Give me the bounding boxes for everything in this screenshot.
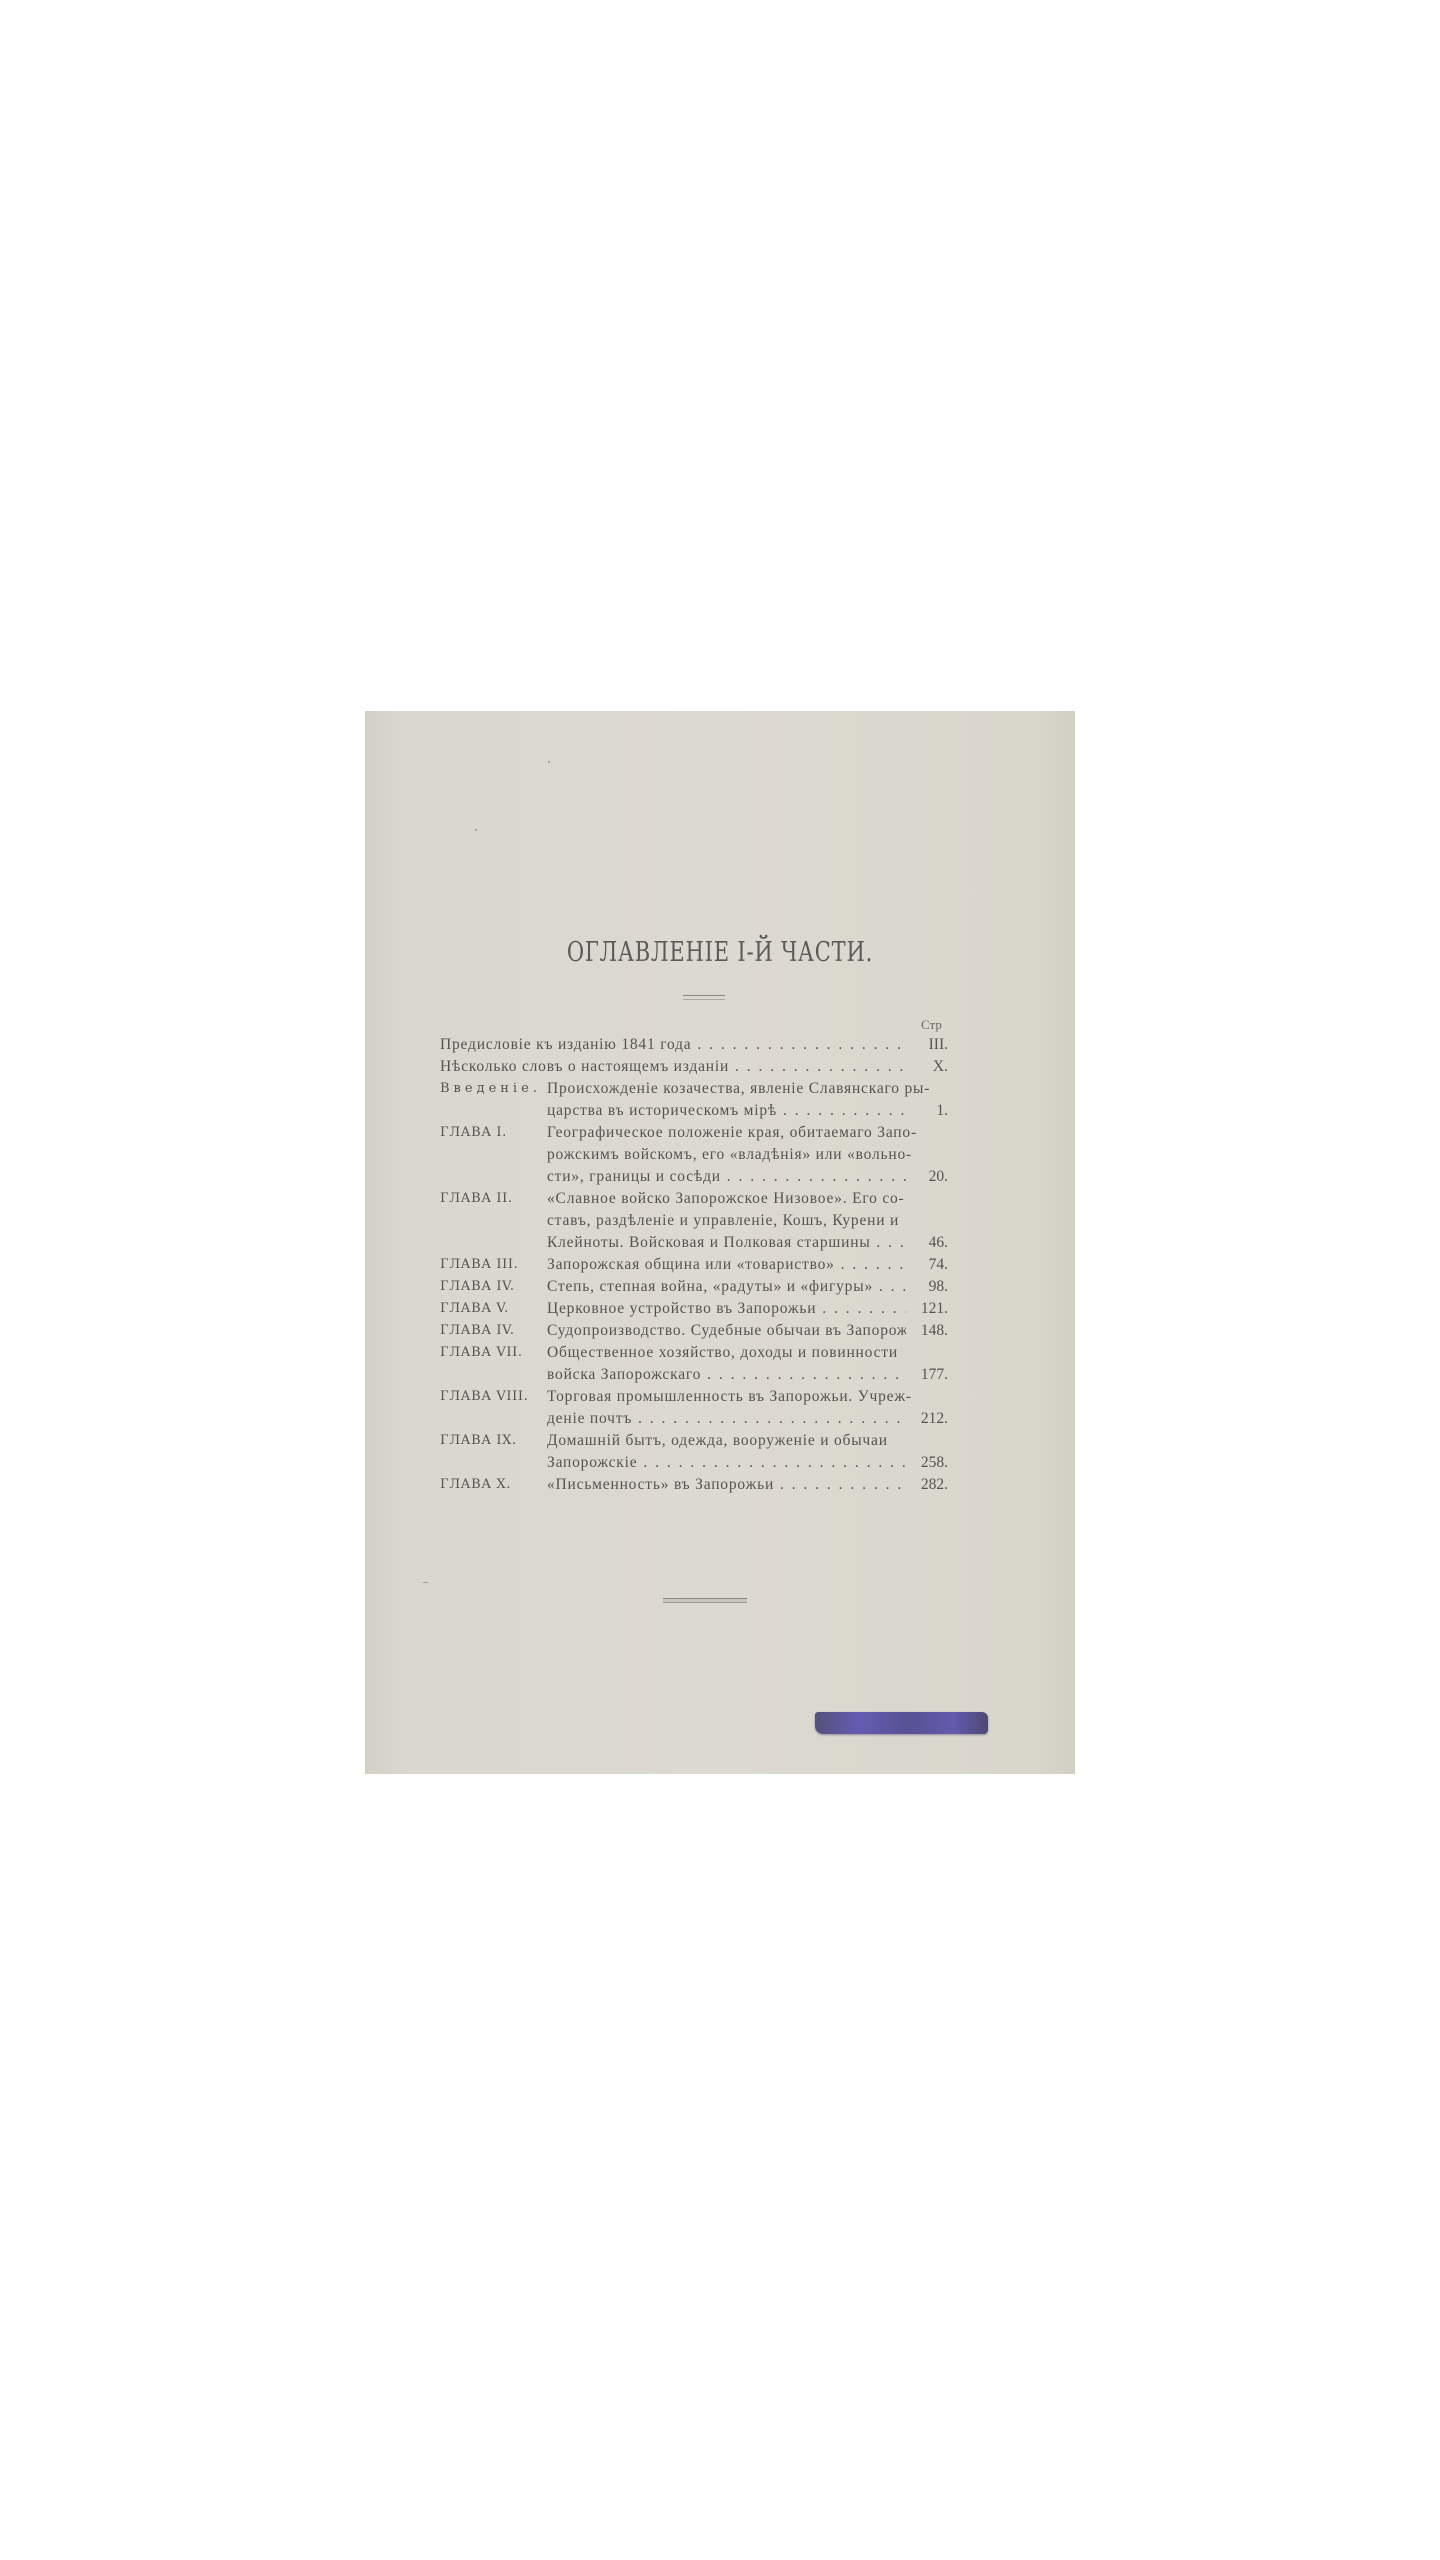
toc-line: Введеніе.Происхожденіе козачества, явлен… [440, 1078, 948, 1100]
leader-dots: . . . . . . . . . . . . . . . . . . . . … [816, 1300, 906, 1317]
leader-dots: . . . . . . . . . . . . . . . . . . . . … [777, 1102, 906, 1119]
toc-entry-text: «Письменность» въ Запорожьи . . . . . . … [547, 1474, 906, 1496]
toc-entry-text: Общественное хозяйство, доходы и повинно… [547, 1342, 948, 1364]
toc-line: Клейноты. Войсковая и Полковая старшины … [440, 1232, 948, 1254]
page-column-header: Стр [921, 1017, 942, 1033]
leader-dots: . . . . . . . . . . . . . . . . . . . . … [835, 1256, 906, 1273]
toc-entry-label: ГЛАВА IV. [440, 1276, 515, 1298]
toc-entry-text: Происхожденіе козачества, явленіе Славян… [547, 1078, 948, 1100]
toc-line: ГЛАВА IV.Степь, степная война, «радуты» … [440, 1276, 948, 1298]
toc-page-number: 1. [936, 1100, 948, 1122]
toc-line: ставъ, раздѣленіе и управленіе, Кошъ, Ку… [440, 1210, 948, 1232]
closing-rule [663, 1598, 747, 1603]
leader-dots: . . . . . . . . . . . . . . . . . . . . … [632, 1410, 906, 1427]
toc-entry-text: деніе почтъ . . . . . . . . . . . . . . … [547, 1408, 906, 1430]
toc-line: Нѣсколько словъ о настоящемъ изданіи . .… [440, 1056, 948, 1078]
toc-page-number: 74. [929, 1254, 948, 1276]
toc-entry-label: ГЛАВА IV. [440, 1320, 515, 1342]
toc-line: ГЛАВА VII.Общественное хозяйство, доходы… [440, 1342, 948, 1364]
toc-entry-text: «Славное войско Запорожское Низовое». Ег… [547, 1188, 948, 1210]
toc-line: царства въ историческомъ мірѣ . . . . . … [440, 1100, 948, 1122]
ink-stamp-mark [815, 1712, 988, 1734]
toc-line: ГЛАВА X.«Письменность» въ Запорожьи . . … [440, 1474, 948, 1496]
leader-dots: . . . . . . . . . . . . . . . . . . . . … [873, 1278, 906, 1295]
toc-entry-text: ставъ, раздѣленіе и управленіе, Кошъ, Ку… [547, 1210, 948, 1232]
page-title: ОГЛАВЛЕНІЕ І-Й ЧАСТИ. [443, 937, 997, 968]
leader-dots: . . . . . . . . . . . . . . . . . . . . … [637, 1454, 906, 1471]
toc-entry-text: Нѣсколько словъ о настоящемъ изданіи . .… [440, 1056, 906, 1078]
toc-entry-text: Церковное устройство въ Запорожьи . . . … [547, 1298, 906, 1320]
toc-page-number: 46. [929, 1232, 948, 1254]
toc-entry-text: сти», границы и сосѣди . . . . . . . . .… [547, 1166, 906, 1188]
toc-line: ГЛАВА I.Географическое положеніе края, о… [440, 1122, 948, 1144]
toc-page-number: 148. [921, 1320, 948, 1342]
paper-speck [423, 1582, 428, 1583]
leader-dots: . . . . . . . . . . . . . . . . . . . . … [701, 1366, 906, 1383]
toc-entry-text: Торговая промышленность въ Запорожьи. Уч… [547, 1386, 948, 1408]
toc-entry-label: Введеніе. [440, 1078, 541, 1100]
toc-line: ГЛАВА IX.Домашній бытъ, одежда, вооружен… [440, 1430, 948, 1452]
toc-line: деніе почтъ . . . . . . . . . . . . . . … [440, 1408, 948, 1430]
toc-line: ГЛАВА VIII.Торговая промышленность въ За… [440, 1386, 948, 1408]
toc-entry-text: Степь, степная война, «радуты» и «фигуры… [547, 1276, 906, 1298]
toc-entry-label: ГЛАВА II. [440, 1188, 513, 1210]
toc-line: войска Запорожскаго . . . . . . . . . . … [440, 1364, 948, 1386]
toc-page-number: 98. [929, 1276, 948, 1298]
toc-entry-label: ГЛАВА VIII. [440, 1386, 528, 1408]
toc-entry-text: Запорожскіе . . . . . . . . . . . . . . … [547, 1452, 906, 1474]
toc-line: ГЛАВА III.Запорожская община или «товари… [440, 1254, 948, 1276]
table-of-contents: Предисловіе къ изданію 1841 года . . . .… [440, 1034, 948, 1496]
toc-entry-text: Предисловіе къ изданію 1841 года . . . .… [440, 1034, 906, 1056]
toc-page-number: 212. [921, 1408, 948, 1430]
toc-line: ГЛАВА IV.Судопроизводство. Судебные обыч… [440, 1320, 948, 1342]
paper-speck [475, 829, 477, 831]
toc-entry-label: ГЛАВА X. [440, 1474, 511, 1496]
toc-line: рожскимъ войскомъ, его «владѣнія» или «в… [440, 1144, 948, 1166]
toc-page-number: 177. [921, 1364, 948, 1386]
paper-speck [548, 761, 550, 763]
toc-entry-text: Географическое положеніе края, обитаемаг… [547, 1122, 948, 1144]
leader-dots: . . . . . . . . . . . . . . . . . . . . … [871, 1234, 906, 1251]
book-page: ОГЛАВЛЕНІЕ І-Й ЧАСТИ. Стр Предисловіе къ… [365, 711, 1075, 1774]
toc-line: сти», границы и сосѣди . . . . . . . . .… [440, 1166, 948, 1188]
toc-entry-label: ГЛАВА III. [440, 1254, 518, 1276]
toc-entry-text: Домашній бытъ, одежда, вооруженіе и обыч… [547, 1430, 948, 1452]
toc-line: Предисловіе къ изданію 1841 года . . . .… [440, 1034, 948, 1056]
toc-entry-label: ГЛАВА IX. [440, 1430, 517, 1452]
toc-entry-label: ГЛАВА V. [440, 1298, 509, 1320]
toc-page-number: 282. [921, 1474, 948, 1496]
toc-line: Запорожскіе . . . . . . . . . . . . . . … [440, 1452, 948, 1474]
leader-dots: . . . . . . . . . . . . . . . . . . . . … [729, 1058, 906, 1075]
leader-dots: . . . . . . . . . . . . . . . . . . . . … [691, 1036, 906, 1053]
toc-entry-label: ГЛАВА I. [440, 1122, 507, 1144]
toc-line: ГЛАВА V.Церковное устройство въ Запорожь… [440, 1298, 948, 1320]
toc-entry-text: Клейноты. Войсковая и Полковая старшины … [547, 1232, 906, 1254]
toc-page-number: III. [929, 1034, 948, 1056]
toc-line: ГЛАВА II.«Славное войско Запорожское Низ… [440, 1188, 948, 1210]
toc-page-number: X. [933, 1056, 948, 1078]
toc-page-number: 20. [929, 1166, 948, 1188]
leader-dots: . . . . . . . . . . . . . . . . . . . . … [721, 1168, 906, 1185]
toc-entry-text: Запорожская община или «товариство» . . … [547, 1254, 906, 1276]
toc-entry-text: Судопроизводство. Судебные обычаи въ Зап… [547, 1320, 906, 1342]
leader-dots: . . . . . . . . . . . . . . . . . . . . … [774, 1476, 906, 1493]
toc-entry-label: ГЛАВА VII. [440, 1342, 523, 1364]
toc-entry-text: рожскимъ войскомъ, его «владѣнія» или «в… [547, 1144, 948, 1166]
toc-page-number: 121. [921, 1298, 948, 1320]
toc-entry-text: войска Запорожскаго . . . . . . . . . . … [547, 1364, 906, 1386]
toc-page-number: 258. [921, 1452, 948, 1474]
toc-entry-text: царства въ историческомъ мірѣ . . . . . … [547, 1100, 906, 1122]
title-ornament [683, 995, 725, 1000]
